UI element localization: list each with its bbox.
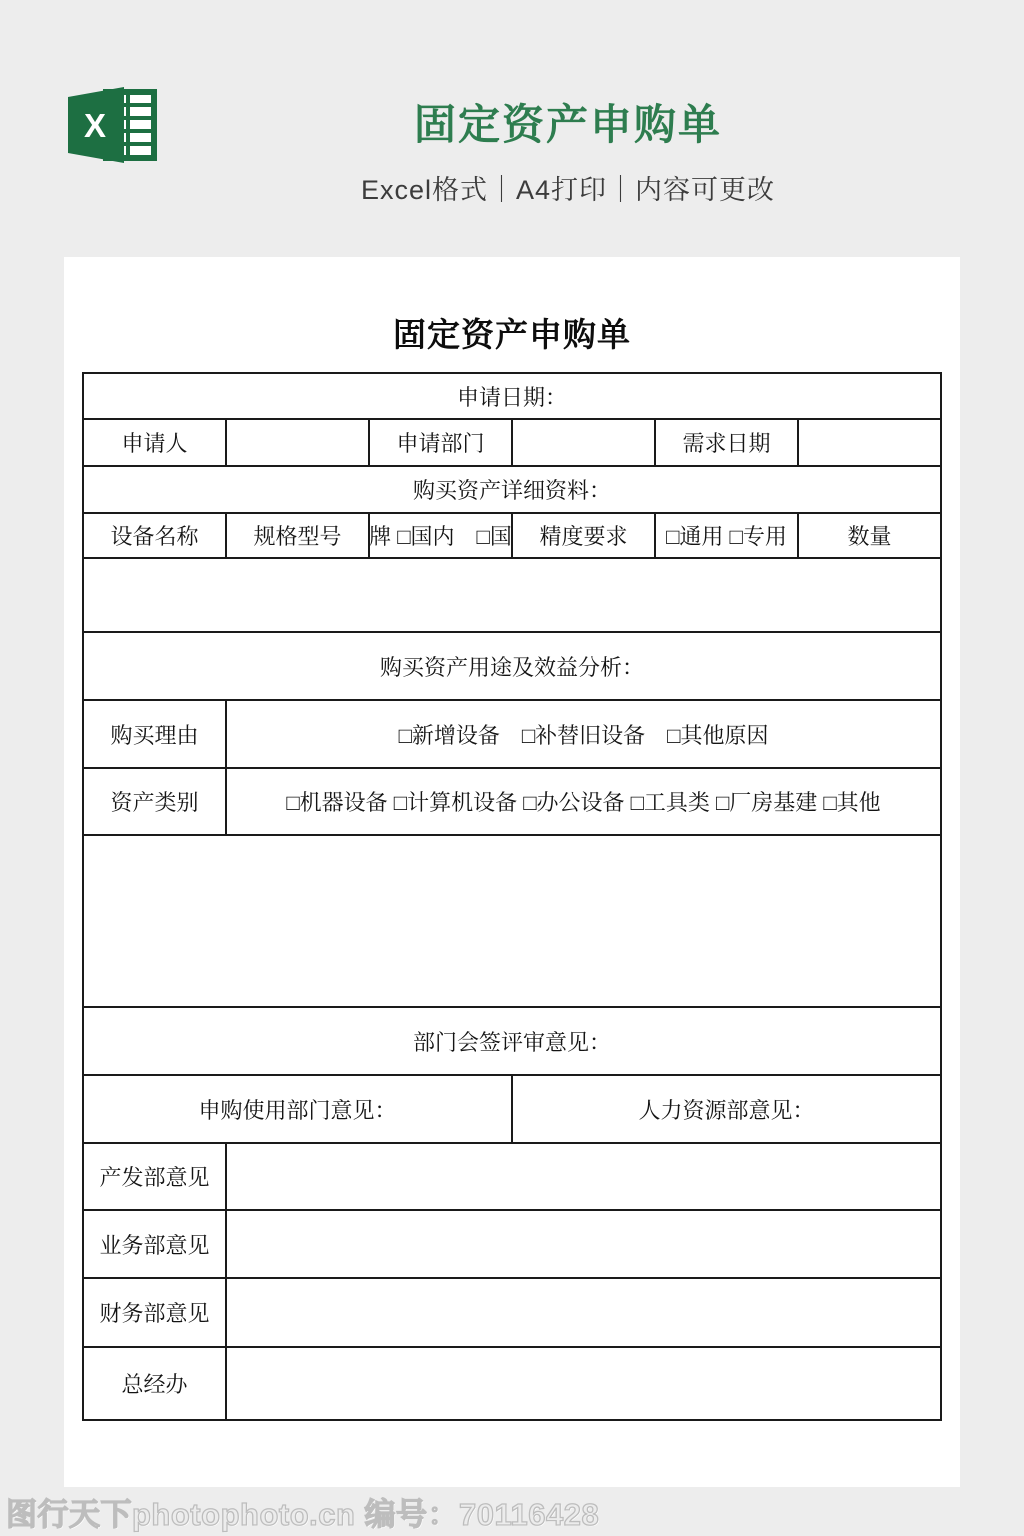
excel-x-letter: X [84, 107, 106, 144]
approval-value-product-dev[interactable] [226, 1143, 941, 1210]
approval-value-business[interactable] [226, 1210, 941, 1278]
table-row: 总经办 [83, 1347, 941, 1420]
need-date-label: 需求日期 [655, 419, 798, 466]
header-device-name: 设备名称 [83, 513, 226, 558]
section-usage-label: 购买资产用途及效益分析： [83, 632, 941, 700]
table-row: 申购使用部门意见： 人力资源部意见： [83, 1075, 941, 1143]
approval-label-business: 业务部意见 [83, 1210, 226, 1278]
approval-label-product-dev: 产发部意见 [83, 1143, 226, 1210]
table-row: 申请人 申请部门 需求日期 [83, 419, 941, 466]
need-date-value-cell[interactable] [798, 419, 941, 466]
page-subtitle: Excel格式｜A4打印｜内容可更改 [120, 168, 1016, 207]
apply-date-label[interactable]: 申请日期： [83, 373, 941, 419]
form-title: 固定资产申购单 [64, 309, 960, 356]
header-quantity: 数量 [798, 513, 941, 558]
approval-label-finance: 财务部意见 [83, 1278, 226, 1347]
table-row [83, 558, 941, 632]
approval-label-gm-office: 总经办 [83, 1347, 226, 1420]
section-review-label: 部门会签评审意见： [83, 1007, 941, 1075]
analysis-entry-cell[interactable] [83, 835, 941, 1007]
table-row: 产发部意见 [83, 1143, 941, 1210]
table-row: 资产类别 □机器设备 □计算机设备 □办公设备 □工具类 □厂房基建 □其他 [83, 768, 941, 835]
applicant-value-cell[interactable] [226, 419, 369, 466]
asset-category-label: 资产类别 [83, 768, 226, 835]
approval-value-finance[interactable] [226, 1278, 941, 1347]
purchase-reason-options[interactable]: □新增设备 □补替旧设备 □其他原因 [226, 700, 941, 768]
requisition-form-table: 申请日期： 申请人 申请部门 需求日期 购买资产详细资料： 设备名称 规格型号 … [82, 372, 942, 1421]
table-row: 部门会签评审意见： [83, 1007, 941, 1075]
table-row: 申请日期： [83, 373, 941, 419]
asset-entry-cell[interactable] [83, 558, 941, 632]
page-title: 固定资产申购单 [120, 92, 1016, 152]
document-preview-card: 固定资产申购单 申请日期： 申请人 申请部门 需求日期 购买资产详细资料： 设备… [64, 257, 960, 1487]
header-general-special: □通用 □专用 [655, 513, 798, 558]
approval-value-gm-office[interactable] [226, 1347, 941, 1420]
page-header: 固定资产申购单 Excel格式｜A4打印｜内容可更改 [120, 92, 1016, 207]
dept-opinion-cell[interactable]: 申购使用部门意见： [83, 1075, 512, 1143]
table-row: 设备名称 规格型号 品牌 □国内 □国外 精度要求 □通用 □专用 数量 [83, 513, 941, 558]
apply-dept-label: 申请部门 [369, 419, 512, 466]
header-spec-model: 规格型号 [226, 513, 369, 558]
table-row [83, 835, 941, 1007]
section-asset-details-label: 购买资产详细资料： [83, 466, 941, 513]
table-row: 购买资产用途及效益分析： [83, 632, 941, 700]
asset-category-options[interactable]: □机器设备 □计算机设备 □办公设备 □工具类 □厂房基建 □其他 [226, 768, 941, 835]
header-brand-origin: 品牌 □国内 □国外 [369, 513, 512, 558]
table-row: 业务部意见 [83, 1210, 941, 1278]
table-row: 购买理由 □新增设备 □补替旧设备 □其他原因 [83, 700, 941, 768]
apply-dept-value-cell[interactable] [512, 419, 655, 466]
purchase-reason-label: 购买理由 [83, 700, 226, 768]
header-precision: 精度要求 [512, 513, 655, 558]
table-row: 购买资产详细资料： [83, 466, 941, 513]
hr-opinion-cell[interactable]: 人力资源部意见： [512, 1075, 941, 1143]
applicant-label: 申请人 [83, 419, 226, 466]
table-row: 财务部意见 [83, 1278, 941, 1347]
watermark-text: 图行天下photophoto.cn 编号：70116428 [6, 1489, 599, 1534]
